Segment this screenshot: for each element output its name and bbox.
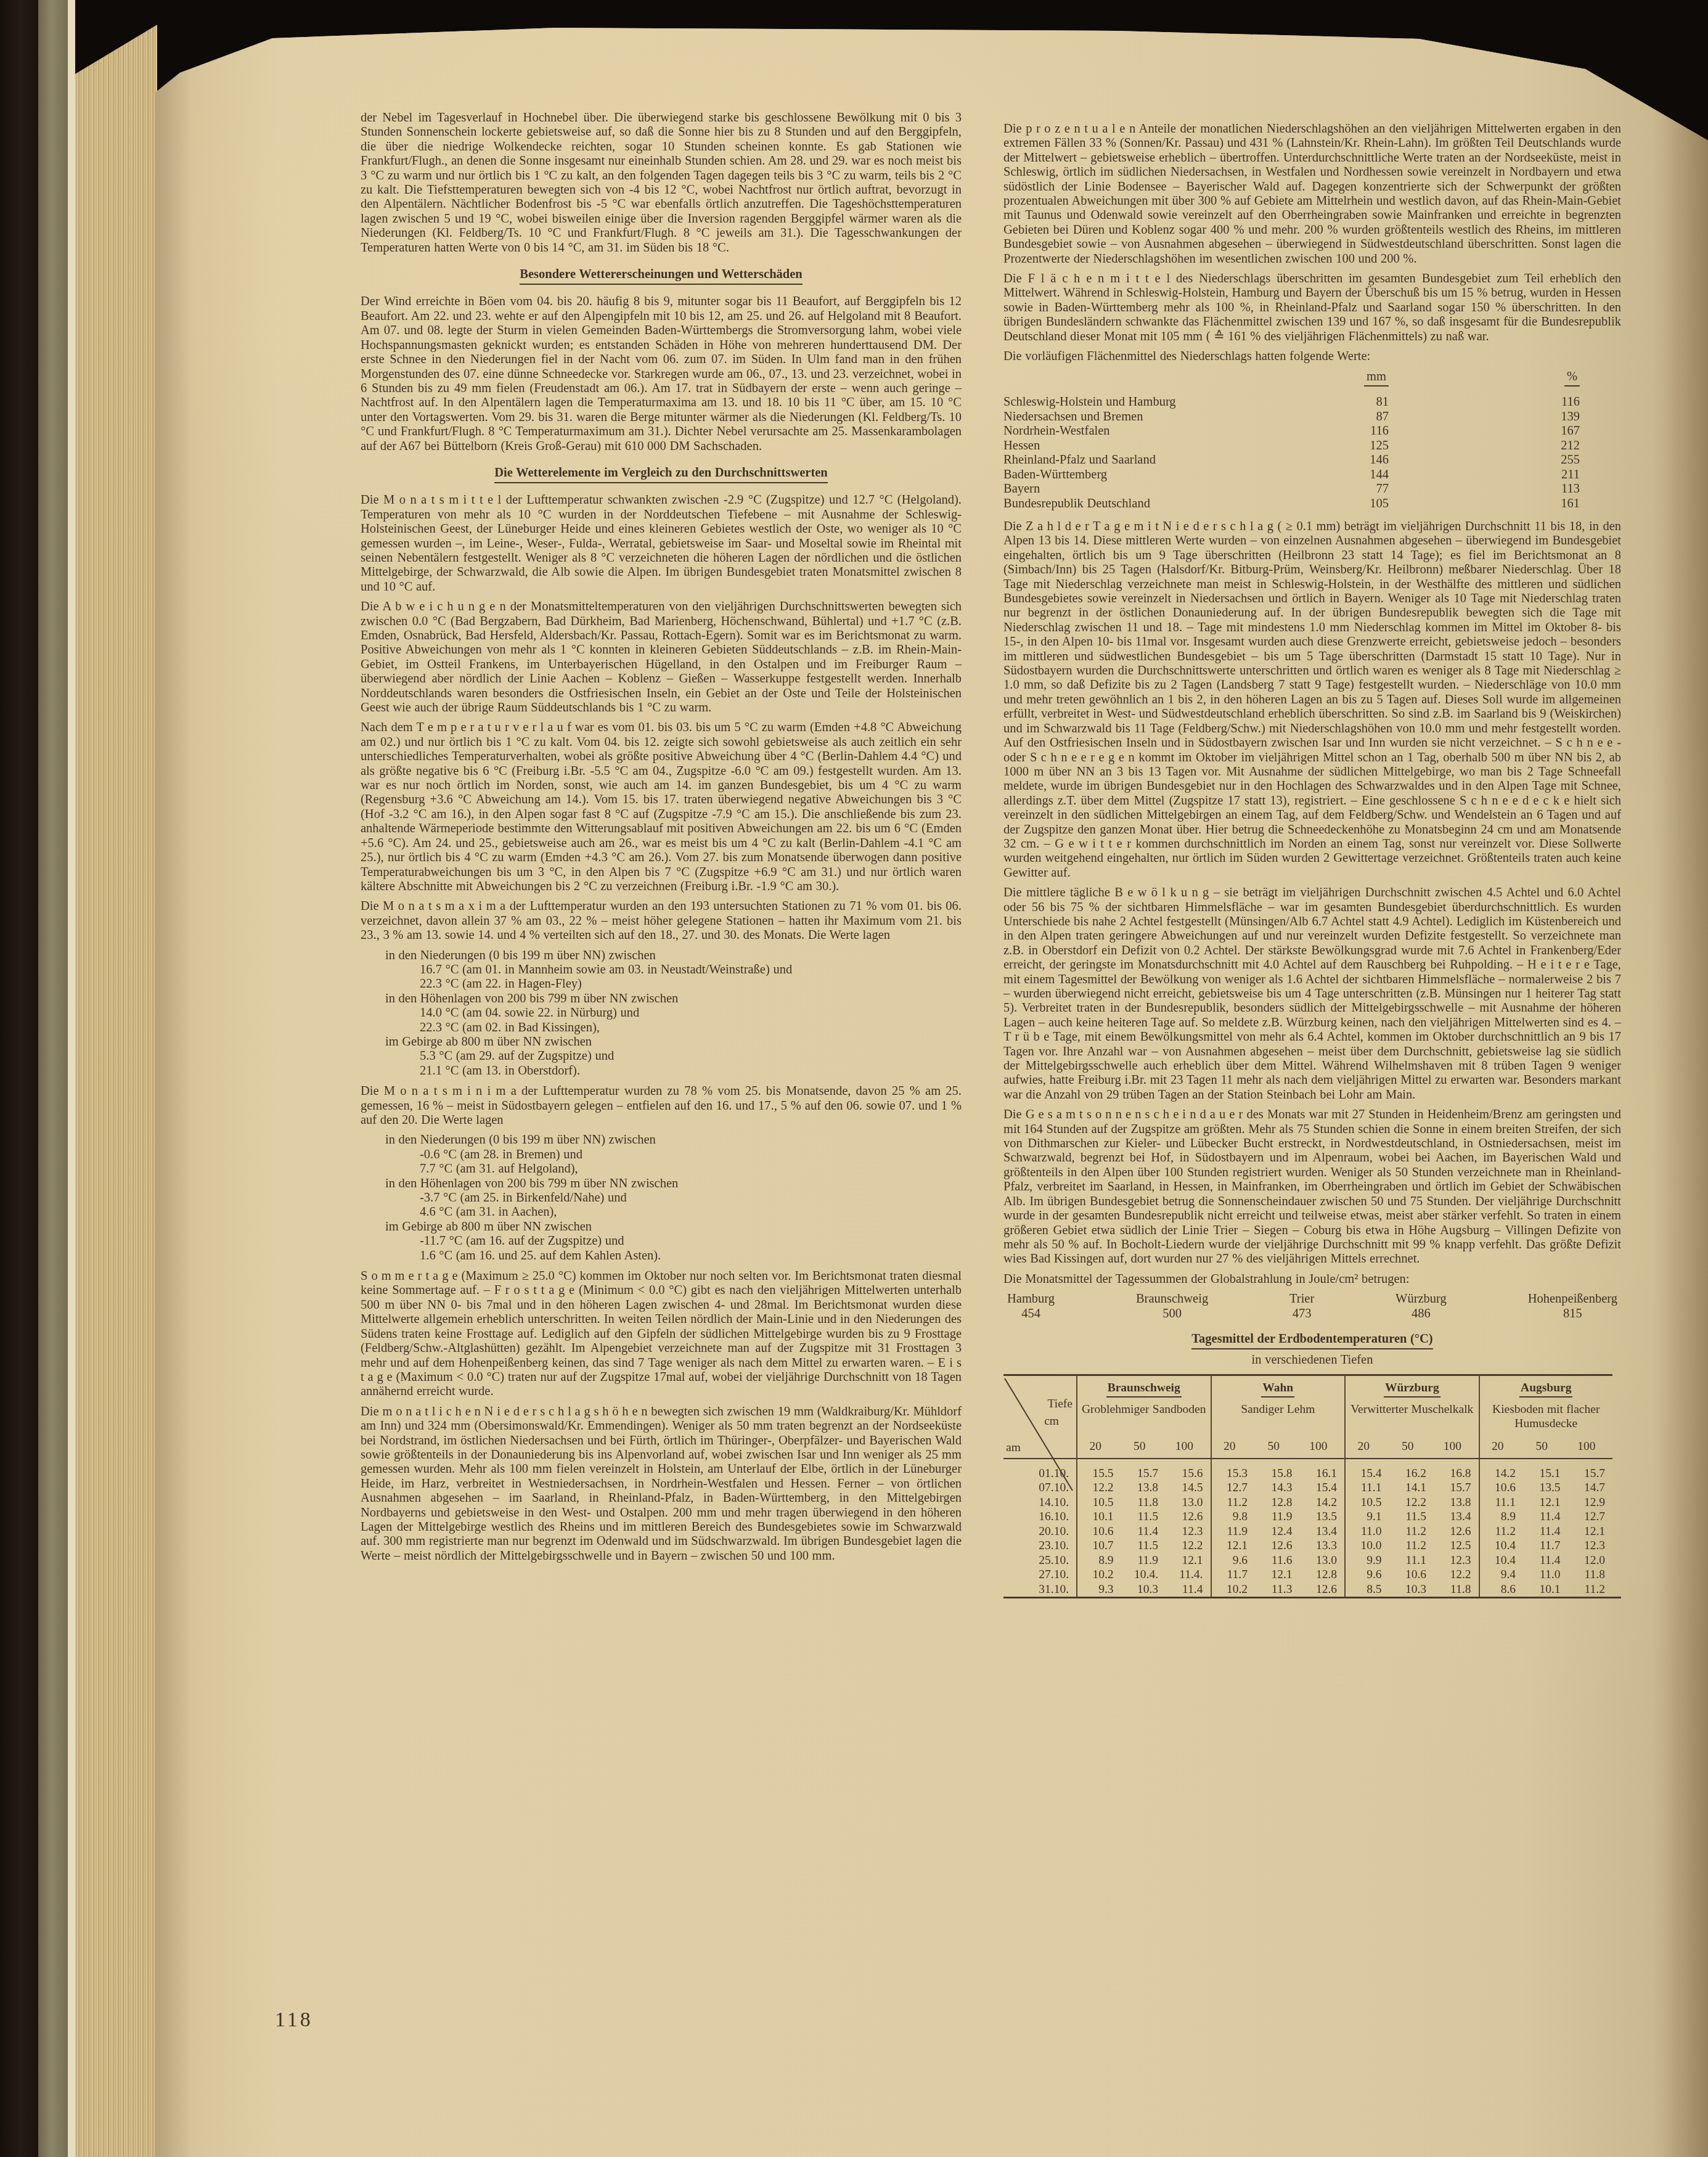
gutter-shadow xyxy=(155,0,192,2157)
temperature-cell: 15.6 xyxy=(1166,1459,1211,1481)
percent-value-cell: 139 xyxy=(1389,410,1580,425)
list-item: 5.3 °C (am 29. auf der Zugspitze) und xyxy=(361,1049,962,1063)
temperature-cell: 11.2 xyxy=(1479,1525,1524,1539)
temperature-cell: 15.7 xyxy=(1568,1459,1613,1481)
temperature-cell: 15.3 xyxy=(1211,1459,1256,1481)
temperature-cell: 12.6 xyxy=(1300,1582,1345,1597)
depth-header-cell: 100 xyxy=(1300,1431,1345,1459)
temperature-cell: 12.5 xyxy=(1434,1539,1479,1553)
list-item: -3.7 °C (am 25. in Birkenfeld/Nahe) und xyxy=(361,1191,962,1205)
paragraph-fog-sunshine: der Nebel im Tagesverlauf in Hochnebel ü… xyxy=(361,111,962,255)
station-name: Hamburg xyxy=(1007,1292,1055,1306)
temperature-cell: 13.8 xyxy=(1121,1481,1166,1496)
date-cell: 16.10. xyxy=(1003,1510,1076,1525)
diagonal-divider xyxy=(1003,1376,1076,1493)
radiation-station: Hohenpeißenberg815 xyxy=(1528,1292,1617,1321)
temperature-cell: 10.3 xyxy=(1389,1582,1434,1597)
table-row: Nordrhein-Westfalen116167 xyxy=(1003,424,1580,439)
temperature-cell: 15.4 xyxy=(1300,1481,1345,1496)
percent-value-cell: 116 xyxy=(1389,395,1580,410)
depth-header-cell: 100 xyxy=(1434,1431,1479,1459)
page-number: 118 xyxy=(275,2008,313,2032)
soil-type: Verwitterter Muschelkalk xyxy=(1346,1402,1479,1417)
temperature-cell: 11.4 xyxy=(1166,1582,1211,1597)
table-row: Niedersachsen und Bremen87139 xyxy=(1003,410,1580,425)
temperature-cell: 11.5 xyxy=(1389,1510,1434,1525)
right-column: Die p r o z e n t u a l e n Anteile der … xyxy=(1003,122,1621,1598)
temperature-cell: 12.7 xyxy=(1568,1510,1613,1525)
radiation-station: Trier473 xyxy=(1289,1292,1314,1321)
temperature-cell: 12.6 xyxy=(1255,1539,1300,1553)
temperature-cell: 15.7 xyxy=(1121,1459,1166,1481)
temperature-cell: 11.8 xyxy=(1121,1496,1166,1510)
page-stack-edges xyxy=(75,0,157,2157)
section-heading-wettererscheinungen: Besondere Wettererscheinungen und Wetter… xyxy=(361,268,962,285)
temperature-cell: 10.6 xyxy=(1389,1568,1434,1582)
temperature-cell: 12.9 xyxy=(1568,1496,1613,1510)
temperature-cell: 11.7 xyxy=(1211,1568,1256,1582)
temperature-cell: 13.5 xyxy=(1300,1510,1345,1525)
temperature-cell: 13.5 xyxy=(1523,1481,1568,1496)
temperature-cell: 11.8 xyxy=(1434,1582,1479,1597)
temperature-cell: 11.3 xyxy=(1255,1582,1300,1597)
temperature-cell: 12.1 xyxy=(1568,1525,1613,1539)
temperature-cell: 10.4 xyxy=(1479,1553,1524,1568)
paragraph-wind-storm: Der Wind erreichte in Böen vom 04. bis 2… xyxy=(361,295,962,453)
temperature-cell: 10.5 xyxy=(1076,1496,1121,1510)
depth-header-cell: 50 xyxy=(1255,1431,1300,1459)
station-header: WahnSandiger Lehm xyxy=(1211,1374,1345,1431)
temperature-cell: 9.9 xyxy=(1344,1553,1389,1568)
temperature-cell: 11.4 xyxy=(1121,1525,1166,1539)
temperature-cell: 15.1 xyxy=(1523,1459,1568,1481)
heading-text: Besondere Wettererscheinungen und Wetter… xyxy=(520,268,802,285)
soil-temperature-table: TiefecmamBraunschweigGroblehmiger Sandbo… xyxy=(1003,1374,1621,1599)
temperature-cell: 12.1 xyxy=(1255,1568,1300,1582)
soil-type: Sandiger Lehm xyxy=(1212,1402,1345,1417)
temperature-cell: 12.2 xyxy=(1434,1568,1479,1582)
temperature-cell: 11.6 xyxy=(1255,1553,1300,1568)
temperature-cell: 11.0 xyxy=(1523,1568,1568,1582)
temperature-cell: 11.1 xyxy=(1479,1496,1524,1510)
heading-text: Die Wetterelemente im Vergleich zu den D… xyxy=(494,466,827,483)
percent-value-cell: 212 xyxy=(1389,439,1580,454)
region-name-cell: Rheinland-Pfalz und Saarland xyxy=(1003,453,1296,468)
temperature-cell: 11.4. xyxy=(1166,1568,1211,1582)
percent-value-cell: 161 xyxy=(1389,497,1580,512)
temperature-cell: 13.0 xyxy=(1166,1496,1211,1510)
date-cell: 14.10. xyxy=(1003,1496,1076,1510)
temperature-cell: 11.7 xyxy=(1523,1539,1568,1553)
list-item: in den Höhenlagen von 200 bis 799 m über… xyxy=(361,992,962,1006)
percent-value-cell: 255 xyxy=(1389,453,1580,468)
radiation-station: Würzburg486 xyxy=(1395,1292,1447,1321)
flaechenmittel-table: mm % Schleswig-Holstein und Hamburg81116… xyxy=(1003,370,1580,512)
radiation-value: 454 xyxy=(1007,1307,1055,1321)
page-edge-sliver xyxy=(68,0,75,2157)
temperature-cell: 15.8 xyxy=(1255,1459,1300,1481)
paragraph-bewoelkung: Die mittlere tägliche B e w ö l k u n g … xyxy=(1003,886,1621,1102)
temperature-cell: 11.9 xyxy=(1121,1553,1166,1568)
temperature-cell: 10.7 xyxy=(1076,1539,1121,1553)
station-name: Trier xyxy=(1289,1292,1314,1306)
paragraph-tage-mit-niederschlag: Die Z a h l d e r T a g e m i t N i e d … xyxy=(1003,520,1621,880)
left-column: der Nebel im Tagesverlauf in Hochnebel ü… xyxy=(361,111,962,1569)
list-item: in den Höhenlagen von 200 bis 799 m über… xyxy=(361,1177,962,1191)
temperature-cell: 8.6 xyxy=(1479,1582,1524,1597)
radiation-value: 473 xyxy=(1289,1307,1314,1321)
temperature-cell: 8.9 xyxy=(1076,1553,1121,1568)
paragraph-monatsmaxima: Die M o n a t s m a x i m a der Lufttemp… xyxy=(361,899,962,943)
temperature-cell: 9.3 xyxy=(1076,1582,1121,1597)
corner-label-cm: cm xyxy=(1044,1414,1059,1429)
depth-header-cell: 20 xyxy=(1479,1431,1524,1459)
book-cover-edge xyxy=(0,0,38,2157)
temperature-cell: 12.3 xyxy=(1434,1553,1479,1568)
temperature-cell: 10.1 xyxy=(1523,1582,1568,1597)
temperature-cell: 14.2 xyxy=(1300,1496,1345,1510)
radiation-value: 486 xyxy=(1395,1307,1447,1321)
mm-value-cell: 125 xyxy=(1296,439,1389,454)
corner-label-tiefe: Tiefe xyxy=(1048,1397,1073,1412)
temperature-cell: 10.2 xyxy=(1211,1582,1256,1597)
radiation-station: Hamburg454 xyxy=(1007,1292,1055,1321)
date-cell: 20.10. xyxy=(1003,1525,1076,1539)
date-cell: 31.10. xyxy=(1003,1582,1076,1597)
book-spine xyxy=(38,0,68,2157)
temperature-cell: 12.7 xyxy=(1211,1481,1256,1496)
temperature-cell: 13.0 xyxy=(1300,1553,1345,1568)
station-header: WürzburgVerwitterter Muschelkalk xyxy=(1344,1374,1479,1431)
region-name-cell: Schleswig-Holstein und Hamburg xyxy=(1003,395,1296,410)
monatsmaxima-list: in den Niederungen (0 bis 199 m über NN)… xyxy=(361,949,962,1079)
table-row: Schleswig-Holstein und Hamburg81116 xyxy=(1003,395,1580,410)
table-row: Bundesrepublik Deutschland105161 xyxy=(1003,497,1580,512)
temperature-cell: 11.4 xyxy=(1523,1525,1568,1539)
table-row: Bayern77113 xyxy=(1003,482,1580,497)
temperature-cell: 11.8 xyxy=(1568,1568,1613,1582)
section-heading-wetterelemente: Die Wetterelemente im Vergleich zu den D… xyxy=(361,466,962,483)
station-name: Hohenpeißenberg xyxy=(1528,1292,1617,1306)
temperature-cell: 12.0 xyxy=(1568,1553,1613,1568)
list-item: 7.7 °C (am 31. auf Helgoland), xyxy=(361,1162,962,1176)
region-name-cell: Hessen xyxy=(1003,439,1296,454)
list-item: 14.0 °C (am 04. sowie 22. in Nürburg) un… xyxy=(361,1006,962,1020)
mm-value-cell: 105 xyxy=(1296,497,1389,512)
temperature-cell: 11.9 xyxy=(1255,1510,1300,1525)
temperature-cell: 13.3 xyxy=(1300,1539,1345,1553)
region-name-cell: Nordrhein-Westfalen xyxy=(1003,424,1296,439)
depth-header-cell: 100 xyxy=(1166,1431,1211,1459)
temperature-cell: 14.2 xyxy=(1479,1459,1524,1481)
temperature-cell: 14.3 xyxy=(1255,1481,1300,1496)
soil-type: Kiesboden mit flacher Humusdecke xyxy=(1480,1402,1613,1431)
mm-value-cell: 77 xyxy=(1296,482,1389,497)
table-row: Baden-Württemberg144211 xyxy=(1003,468,1580,483)
radiation-value: 500 xyxy=(1136,1307,1208,1321)
temperature-cell: 11.1 xyxy=(1344,1481,1389,1496)
temperature-cell: 16.2 xyxy=(1389,1459,1434,1481)
radiation-station: Braunschweig500 xyxy=(1136,1292,1208,1321)
temperature-cell: 12.1 xyxy=(1523,1496,1568,1510)
temperature-cell: 12.2 xyxy=(1076,1481,1121,1496)
mm-value-cell: 116 xyxy=(1296,424,1389,439)
depth-header-cell: 50 xyxy=(1523,1431,1568,1459)
temperature-cell: 8.9 xyxy=(1479,1510,1524,1525)
temperature-cell: 10.5 xyxy=(1344,1496,1389,1510)
temperature-cell: 10.6 xyxy=(1076,1525,1121,1539)
mm-value-cell: 81 xyxy=(1296,395,1389,410)
paragraph-flaechenmittel: Die F l ä c h e n m i t t e l des Nieder… xyxy=(1003,272,1621,344)
list-item: 1.6 °C (am 16. und 25. auf dem Kahlen As… xyxy=(361,1249,962,1263)
depth-header-cell: 20 xyxy=(1076,1431,1121,1459)
temperature-cell: 12.3 xyxy=(1568,1539,1613,1553)
depth-header-cell: 50 xyxy=(1389,1431,1434,1459)
temperature-cell: 11.0 xyxy=(1344,1525,1389,1539)
percent-value-cell: 113 xyxy=(1389,482,1580,497)
globalstrahlung-values: Hamburg454Braunschweig500Trier473Würzbur… xyxy=(1007,1292,1617,1321)
paragraph-temperaturverlauf: Nach dem T e m p e r a t u r v e r l a u… xyxy=(361,721,962,894)
column-header-mm: mm xyxy=(1296,370,1389,396)
paragraph-abweichungen: Die A b w e i c h u n g e n der Monatsmi… xyxy=(361,600,962,715)
temperature-cell: 10.0 xyxy=(1344,1539,1389,1553)
table-row: Hessen125212 xyxy=(1003,439,1580,454)
temperature-cell: 11.2 xyxy=(1389,1525,1434,1539)
paragraph-flaechenmittel-intro: Die vorläufigen Flächenmittel des Nieder… xyxy=(1003,350,1621,364)
list-item: in den Niederungen (0 bis 199 m über NN)… xyxy=(361,949,962,963)
paragraph-sommertage-frosttage: S o m m e r t a g e (Maximum ≥ 25.0 °C) … xyxy=(361,1269,962,1399)
station-name: Würzburg xyxy=(1384,1381,1440,1398)
temperature-cell: 11.9 xyxy=(1211,1525,1256,1539)
paragraph-prozentuale-anteile: Die p r o z e n t u a l e n Anteile der … xyxy=(1003,122,1621,266)
temperature-cell: 9.4 xyxy=(1479,1568,1524,1582)
temperature-cell: 11.2 xyxy=(1389,1539,1434,1553)
temperature-cell: 12.4 xyxy=(1255,1525,1300,1539)
list-item: 22.3 °C (am 02. in Bad Kissingen), xyxy=(361,1021,962,1035)
region-name-cell: Niedersachsen und Bremen xyxy=(1003,410,1296,425)
list-item: 21.1 °C (am 13. in Oberstdorf). xyxy=(361,1064,962,1078)
temperature-cell: 13.4 xyxy=(1434,1510,1479,1525)
temperature-cell: 10.4 xyxy=(1479,1539,1524,1553)
region-name-cell: Bayern xyxy=(1003,482,1296,497)
paragraph-globalstrahlung-intro: Die Monatsmittel der Tagessummen der Glo… xyxy=(1003,1272,1621,1287)
list-item: 22.3 °C (am 22. in Hagen-Fley) xyxy=(361,977,962,991)
list-item: im Gebirge ab 800 m über NN zwischen xyxy=(361,1035,962,1049)
temperature-cell: 11.5 xyxy=(1121,1539,1166,1553)
list-item: 4.6 °C (am 31. in Aachen), xyxy=(361,1205,962,1219)
temperature-cell: 8.5 xyxy=(1344,1582,1389,1597)
date-cell: 25.10. xyxy=(1003,1553,1076,1568)
mm-value-cell: 146 xyxy=(1296,453,1389,468)
paragraph-niederschlagshoehen: Die m o n a t l i c h e n N i e d e r s … xyxy=(361,1405,962,1563)
temperature-cell: 12.1 xyxy=(1211,1539,1256,1553)
depth-header-cell: 50 xyxy=(1121,1431,1166,1459)
temperature-cell: 11.1 xyxy=(1389,1553,1434,1568)
soil-table-subtitle: in verschiedenen Tiefen xyxy=(1003,1353,1621,1367)
temperature-cell: 10.6 xyxy=(1479,1481,1524,1496)
station-name: Braunschweig xyxy=(1136,1292,1208,1306)
temperature-cell: 15.4 xyxy=(1344,1459,1389,1481)
temperature-cell: 15.7 xyxy=(1434,1481,1479,1496)
temperature-cell: 9.8 xyxy=(1211,1510,1256,1525)
list-item: 16.7 °C (am 01. in Mannheim sowie am 03.… xyxy=(361,963,962,977)
flaechenmittel-table-body: Schleswig-Holstein und Hamburg81116Niede… xyxy=(1003,395,1580,511)
temperature-cell: 14.5 xyxy=(1166,1481,1211,1496)
temperature-cell: 11.4 xyxy=(1523,1510,1568,1525)
station-name: Wahn xyxy=(1261,1381,1294,1398)
monatsminima-list: in den Niederungen (0 bis 199 m über NN)… xyxy=(361,1133,962,1263)
table-row: Rheinland-Pfalz und Saarland146255 xyxy=(1003,453,1580,468)
depth-header-cell: 20 xyxy=(1344,1431,1389,1459)
depth-header-cell: 20 xyxy=(1211,1431,1256,1459)
soil-type: Groblehmiger Sandboden xyxy=(1077,1402,1211,1417)
temperature-cell: 12.1 xyxy=(1166,1553,1211,1568)
region-name-cell: Baden-Württemberg xyxy=(1003,468,1296,483)
temperature-cell: 16.1 xyxy=(1300,1459,1345,1481)
temperature-cell: 13.4 xyxy=(1300,1525,1345,1539)
temperature-cell: 10.1 xyxy=(1076,1510,1121,1525)
temperature-cell: 15.5 xyxy=(1076,1459,1121,1481)
station-name: Würzburg xyxy=(1395,1292,1447,1306)
temperature-cell: 10.4. xyxy=(1121,1568,1166,1582)
temperature-cell: 12.2 xyxy=(1166,1539,1211,1553)
temperature-cell: 9.1 xyxy=(1344,1510,1389,1525)
list-item: im Gebirge ab 800 m über NN zwischen xyxy=(361,1220,962,1234)
soil-table-title: Tagesmittel der Erdbodentemperaturen (°C… xyxy=(1003,1332,1621,1349)
list-item: -0.6 °C (am 28. in Bremen) und xyxy=(361,1148,962,1162)
mm-value-cell: 144 xyxy=(1296,468,1389,483)
paragraph-sonnenscheindauer: Die G e s a m t s o n n e n s c h e i n … xyxy=(1003,1108,1621,1266)
column-header-percent: % xyxy=(1389,370,1580,396)
paragraph-monatsmittel: Die M o n a t s m i t t e l der Lufttemp… xyxy=(361,493,962,594)
temperature-cell: 12.6 xyxy=(1166,1510,1211,1525)
temperature-cell: 11.2 xyxy=(1211,1496,1256,1510)
temperature-cell: 9.6 xyxy=(1344,1568,1389,1582)
corner-label-am: am xyxy=(1006,1441,1021,1455)
corner-header-cell: Tiefecmam xyxy=(1003,1374,1076,1459)
station-header: BraunschweigGroblehmiger Sandboden xyxy=(1076,1374,1211,1431)
list-item: -11.7 °C (am 16. auf der Zugspitze) und xyxy=(361,1234,962,1248)
date-cell: 23.10. xyxy=(1003,1539,1076,1553)
percent-value-cell: 211 xyxy=(1389,468,1580,483)
mm-value-cell: 87 xyxy=(1296,410,1389,425)
temperature-cell: 14.7 xyxy=(1568,1481,1613,1496)
paragraph-monatsminima: Die M o n a t s m i n i m a der Lufttemp… xyxy=(361,1084,962,1128)
temperature-cell: 13.8 xyxy=(1434,1496,1479,1510)
temperature-cell: 16.8 xyxy=(1434,1459,1479,1481)
temperature-cell: 10.2 xyxy=(1076,1568,1121,1582)
empty-header-cell xyxy=(1003,370,1296,396)
depth-header-cell: 100 xyxy=(1568,1431,1613,1459)
temperature-cell: 9.6 xyxy=(1211,1553,1256,1568)
temperature-cell: 11.2 xyxy=(1568,1582,1613,1597)
temperature-cell: 12.2 xyxy=(1389,1496,1434,1510)
region-name-cell: Bundesrepublik Deutschland xyxy=(1003,497,1296,512)
station-name: Braunschweig xyxy=(1106,1381,1182,1398)
temperature-cell: 10.3 xyxy=(1121,1582,1166,1597)
station-header: AugsburgKiesboden mit flacher Humusdecke xyxy=(1479,1374,1613,1431)
date-cell: 27.10. xyxy=(1003,1568,1076,1582)
temperature-cell: 12.8 xyxy=(1255,1496,1300,1510)
radiation-value: 815 xyxy=(1528,1307,1617,1321)
temperature-cell: 12.8 xyxy=(1300,1568,1345,1582)
flaechenmittel-header-row: mm % xyxy=(1003,370,1580,396)
temperature-cell: 12.6 xyxy=(1434,1525,1479,1539)
temperature-cell: 11.5 xyxy=(1121,1510,1166,1525)
temperature-cell: 14.1 xyxy=(1389,1481,1434,1496)
temperature-cell: 11.4 xyxy=(1523,1553,1568,1568)
percent-value-cell: 167 xyxy=(1389,424,1580,439)
list-item: in den Niederungen (0 bis 199 m über NN)… xyxy=(361,1133,962,1147)
station-name: Augsburg xyxy=(1519,1381,1572,1398)
page-curl-shadow xyxy=(1653,0,1708,2157)
temperature-cell: 12.3 xyxy=(1166,1525,1211,1539)
